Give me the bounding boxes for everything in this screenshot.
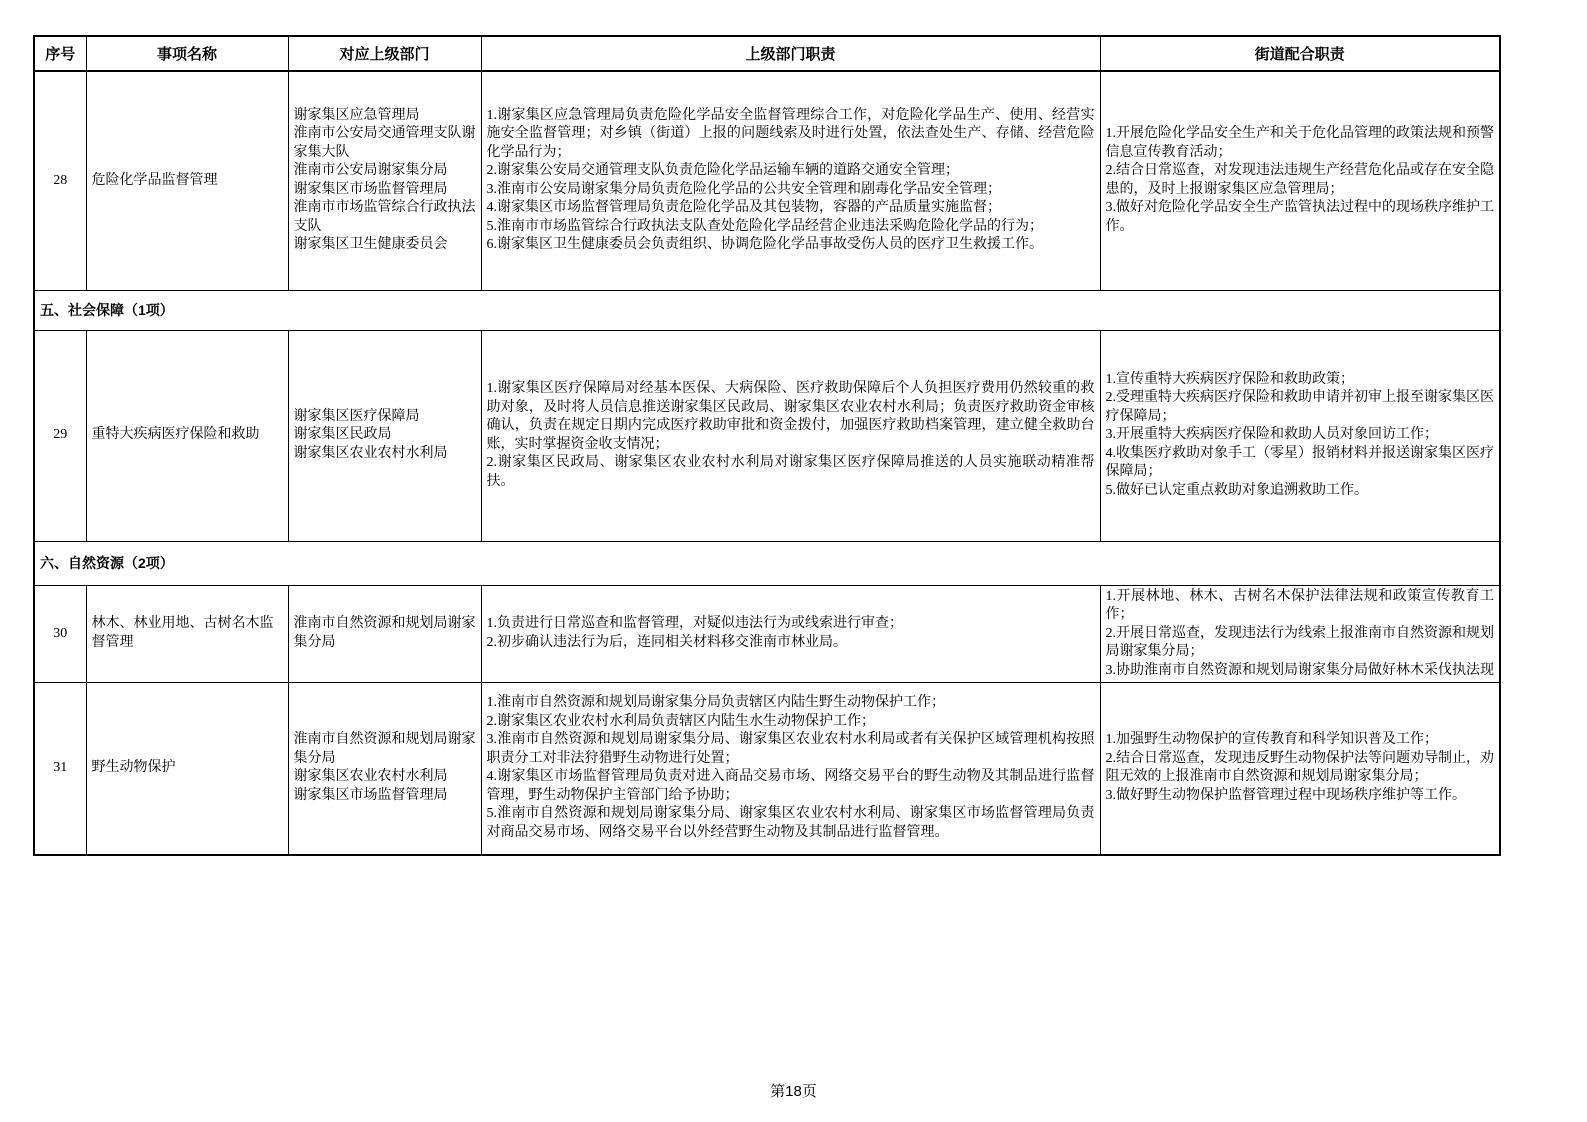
section-row: 六、自然资源（2项） bbox=[34, 541, 1500, 585]
cell-street-duties: 1.开展危险化学品安全生产和关于危化品管理的政策法规和预警信息宣传教育活动； 2… bbox=[1100, 71, 1500, 290]
cell-item-name: 林木、林业用地、古树名木监督管理 bbox=[86, 585, 288, 683]
column-header-superior-duties: 上级部门职责 bbox=[481, 36, 1100, 71]
column-header-departments: 对应上级部门 bbox=[288, 36, 481, 71]
cell-superior-duties: 1.淮南市自然资源和规划局谢家集分局负责辖区内陆生野生动物保护工作； 2.谢家集… bbox=[481, 683, 1100, 855]
cell-departments: 淮南市自然资源和规划局谢家集分局 谢家集区农业农村水利局 谢家集区市场监督管理局 bbox=[288, 683, 481, 855]
cell-superior-duties: 1.谢家集区应急管理局负责危险化学品安全监督管理综合工作，对危险化学品生产、使用… bbox=[481, 71, 1100, 290]
cell-item-name: 野生动物保护 bbox=[86, 683, 288, 855]
table-row: 28危险化学品监督管理谢家集区应急管理局 淮南市公安局交通管理支队谢家集大队 淮… bbox=[34, 71, 1500, 290]
table-header: 序号 事项名称 对应上级部门 上级部门职责 街道配合职责 bbox=[34, 36, 1500, 71]
cell-item-name: 重特大疾病医疗保险和救助 bbox=[86, 330, 288, 541]
cell-no: 29 bbox=[34, 330, 86, 541]
section-row: 五、社会保障（1项） bbox=[34, 290, 1500, 330]
cell-street-duties: 1.加强野生动物保护的宣传教育和科学知识普及工作； 2.结合日常巡查，发现违反野… bbox=[1100, 683, 1500, 855]
table-row: 31野生动物保护淮南市自然资源和规划局谢家集分局 谢家集区农业农村水利局 谢家集… bbox=[34, 683, 1500, 855]
page-number: 第18页 bbox=[0, 1080, 1587, 1101]
cell-street-duties: 1.开展林地、林木、古树名木保护法律法规和政策宣传教育工作； 2.开展日常巡查，… bbox=[1100, 585, 1500, 683]
table-row: 30林木、林业用地、古树名木监督管理淮南市自然资源和规划局谢家集分局1.负责进行… bbox=[34, 585, 1500, 683]
header-row: 序号 事项名称 对应上级部门 上级部门职责 街道配合职责 bbox=[34, 36, 1500, 71]
responsibility-table: 序号 事项名称 对应上级部门 上级部门职责 街道配合职责 28危险化学品监督管理… bbox=[33, 35, 1501, 856]
cell-no: 28 bbox=[34, 71, 86, 290]
column-header-street-duties: 街道配合职责 bbox=[1100, 36, 1500, 71]
cell-no: 31 bbox=[34, 683, 86, 855]
cell-departments: 谢家集区应急管理局 淮南市公安局交通管理支队谢家集大队 淮南市公安局谢家集分局 … bbox=[288, 71, 481, 290]
cell-superior-duties: 1.负责进行日常巡查和监督管理，对疑似违法行为或线索进行审查； 2.初步确认违法… bbox=[481, 585, 1100, 683]
cell-item-name: 危险化学品监督管理 bbox=[86, 71, 288, 290]
cell-departments: 谢家集区医疗保障局 谢家集区民政局 谢家集区农业农村水利局 bbox=[288, 330, 481, 541]
cell-superior-duties: 1.谢家集区医疗保障局对经基本医保、大病保险、医疗救助保障后个人负担医疗费用仍然… bbox=[481, 330, 1100, 541]
column-header-no: 序号 bbox=[34, 36, 86, 71]
cell-departments: 淮南市自然资源和规划局谢家集分局 bbox=[288, 585, 481, 683]
section-title: 六、自然资源（2项） bbox=[34, 541, 1500, 585]
column-header-item-name: 事项名称 bbox=[86, 36, 288, 71]
document-sheet: 序号 事项名称 对应上级部门 上级部门职责 街道配合职责 28危险化学品监督管理… bbox=[33, 35, 1501, 856]
section-title: 五、社会保障（1项） bbox=[34, 290, 1500, 330]
cell-street-duties: 1.宣传重特大疾病医疗保险和救助政策； 2.受理重特大疾病医疗保险和救助申请并初… bbox=[1100, 330, 1500, 541]
table-row: 29重特大疾病医疗保险和救助谢家集区医疗保障局 谢家集区民政局 谢家集区农业农村… bbox=[34, 330, 1500, 541]
table-body: 28危险化学品监督管理谢家集区应急管理局 淮南市公安局交通管理支队谢家集大队 淮… bbox=[34, 71, 1500, 855]
cell-no: 30 bbox=[34, 585, 86, 683]
